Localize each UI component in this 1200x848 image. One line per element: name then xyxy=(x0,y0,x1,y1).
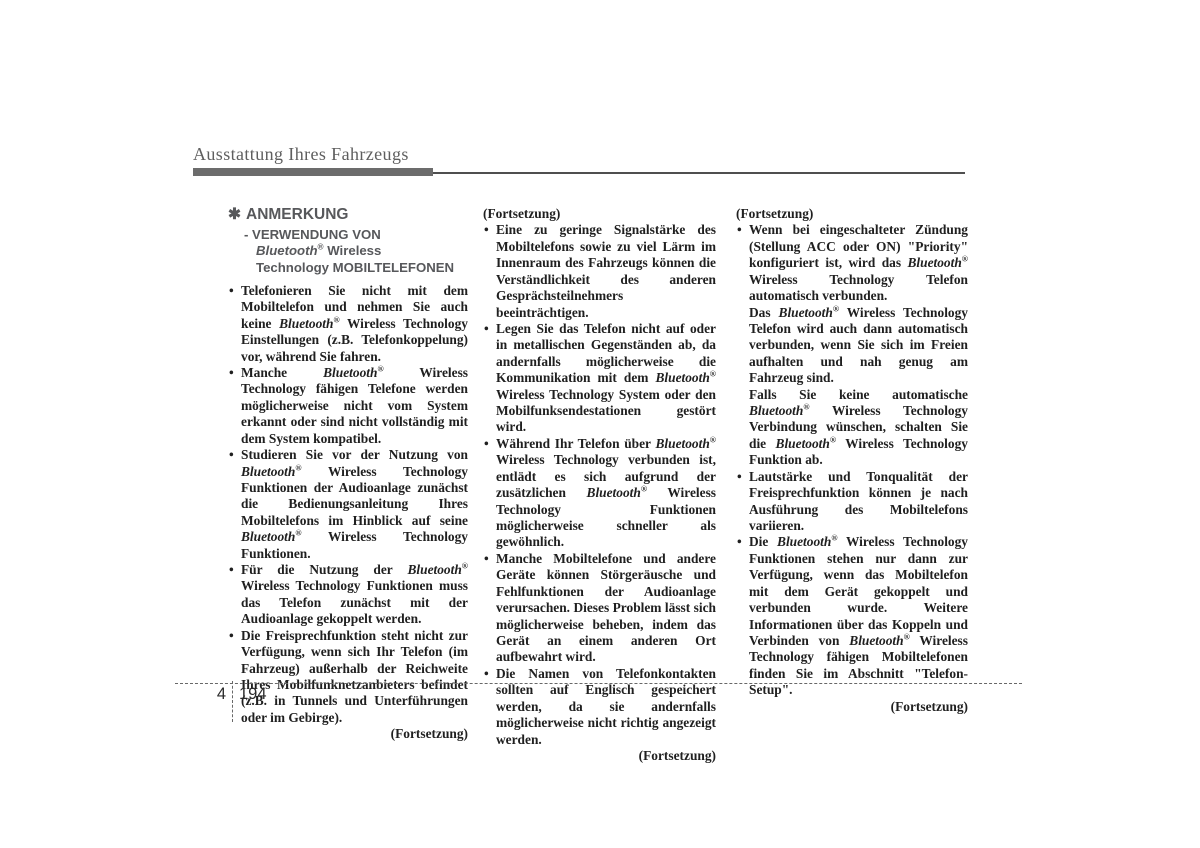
note-bullet: Manche Bluetooth® Wireless Technology fä… xyxy=(228,365,468,447)
column-left: ✱ANMERKUNG - VERWENDUNG VONBluetooth® Wi… xyxy=(228,206,468,743)
manual-page: { "header": { "title": "Ausstattung Ihre… xyxy=(0,0,1200,848)
note-bullet: Telefonieren Sie nicht mit dem Mobiltele… xyxy=(228,283,468,365)
note-bullet: Während Ihr Telefon über Bluetooth® Wire… xyxy=(483,436,716,551)
note-bullet: Die Bluetooth® Wireless Technology Funkt… xyxy=(736,534,968,698)
continuation-bottom: (Fortsetzung) xyxy=(483,748,716,764)
footer-page-number: 194 xyxy=(239,685,267,704)
bullet-paragraph: Manche Mobiltelefone und andere Geräte k… xyxy=(496,551,716,666)
bullet-paragraph: Die Freisprechfunktion steht nicht zur V… xyxy=(241,628,468,727)
bullet-list: Wenn bei eingeschalteter Zündung (Stellu… xyxy=(736,222,968,698)
footer-dashed-line-horizontal xyxy=(175,683,1022,684)
bullet-paragraph: Lautstärke und Tonqualität der Freisprec… xyxy=(749,469,968,535)
bullet-paragraph: Während Ihr Telefon über Bluetooth® Wire… xyxy=(496,436,716,551)
note-title-row: ✱ANMERKUNG xyxy=(228,206,468,224)
bullet-paragraph: Studieren Sie vor der Nutzung von Blueto… xyxy=(241,447,468,562)
bullet-paragraph: Wenn bei eingeschalteter Zündung (Stellu… xyxy=(749,222,968,304)
note-bullet: Wenn bei eingeschalteter Zündung (Stellu… xyxy=(736,222,968,468)
bullet-list: Eine zu geringe Signalstärke des Mobilte… xyxy=(483,222,716,748)
note-bullet: Für die Nutzung der Bluetooth® Wireless … xyxy=(228,562,468,628)
column-right: (Fortsetzung) Wenn bei eingeschalteter Z… xyxy=(736,206,968,715)
bullet-paragraph: Telefonieren Sie nicht mit dem Mobiltele… xyxy=(241,283,468,365)
header-rule-line xyxy=(433,172,965,174)
bullet-paragraph: Das Bluetooth® Wireless Technology Telef… xyxy=(749,305,968,387)
bullet-paragraph: Legen Sie das Telefon nicht auf oder in … xyxy=(496,321,716,436)
note-subtitle: - VERWENDUNG VONBluetooth® WirelessTechn… xyxy=(244,227,468,276)
continuation-top: (Fortsetzung) xyxy=(483,206,716,222)
note-bullet: Lautstärke und Tonqualität der Freisprec… xyxy=(736,469,968,535)
note-title: ANMERKUNG xyxy=(246,206,348,223)
note-bullet: Die Freisprechfunktion steht nicht zur V… xyxy=(228,628,468,727)
note-subtitle-line: Technology MOBILTELEFONEN xyxy=(244,260,468,276)
continuation-bottom: (Fortsetzung) xyxy=(736,699,968,715)
note-bullet: Manche Mobiltelefone und andere Geräte k… xyxy=(483,551,716,666)
footer-chapter-number: 4 xyxy=(198,685,226,704)
bullet-paragraph: Für die Nutzung der Bluetooth® Wireless … xyxy=(241,562,468,628)
note-bullet: Legen Sie das Telefon nicht auf oder in … xyxy=(483,321,716,436)
bullet-paragraph: Falls Sie keine automatische Bluetooth® … xyxy=(749,387,968,469)
footer-dashed-line-vertical xyxy=(232,681,233,722)
note-bullet: Studieren Sie vor der Nutzung von Blueto… xyxy=(228,447,468,562)
continuation-top: (Fortsetzung) xyxy=(736,206,968,222)
bullet-paragraph: Eine zu geringe Signalstärke des Mobilte… xyxy=(496,222,716,321)
note-bullet: Die Namen von Telefonkontakten sollten a… xyxy=(483,666,716,748)
bullet-list: Telefonieren Sie nicht mit dem Mobiltele… xyxy=(228,283,468,726)
note-bullet: Eine zu geringe Signalstärke des Mobilte… xyxy=(483,222,716,321)
bullet-paragraph: Manche Bluetooth® Wireless Technology fä… xyxy=(241,365,468,447)
note-heading: ✱ANMERKUNG - VERWENDUNG VONBluetooth® Wi… xyxy=(228,206,468,276)
chapter-header-title: Ausstattung Ihres Fahrzeugs xyxy=(193,144,409,165)
header-underline-bar xyxy=(193,168,433,176)
asterisk-icon: ✱ xyxy=(228,206,241,223)
continuation-bottom: (Fortsetzung) xyxy=(228,726,468,742)
note-subtitle-line: - VERWENDUNG VON xyxy=(244,227,468,243)
note-subtitle-line: Bluetooth® Wireless xyxy=(244,243,468,259)
bullet-paragraph: Die Namen von Telefonkontakten sollten a… xyxy=(496,666,716,748)
column-middle: (Fortsetzung) Eine zu geringe Signalstär… xyxy=(483,206,716,764)
bullet-paragraph: Die Bluetooth® Wireless Technology Funkt… xyxy=(749,534,968,698)
